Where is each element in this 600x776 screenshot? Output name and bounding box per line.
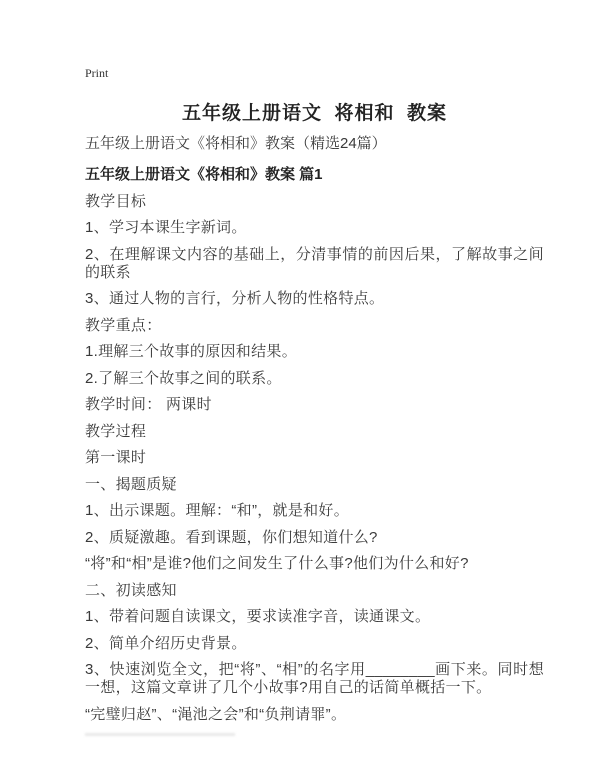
paragraph: 1.理解三个故事的原因和结果。 [85, 343, 544, 361]
document-page: Print 五年级上册语文 将相和 教案 五年级上册语文《将相和》教案（精选24… [0, 0, 600, 776]
paragraph-teaching-time: 教学时间： 两课时 [85, 396, 544, 414]
paragraph: 2.了解三个故事之间的联系。 [85, 370, 544, 388]
paragraph: “完璧归赵”、“渑池之会”和“负荆请罪”。 [85, 706, 544, 724]
paragraph-section-two: 二、初读感知 [85, 582, 544, 600]
paragraph-section-one: 一、揭题质疑 [85, 476, 544, 494]
section-heading: 五年级上册语文《将相和》教案 篇1 [85, 166, 544, 184]
paragraph: 1、学习本课生字新词。 [85, 219, 544, 237]
paragraph-first-lesson: 第一课时 [85, 449, 544, 467]
paragraph-teaching-focus: 教学重点： [85, 317, 544, 335]
paragraph: 1、出示课题。理解：“和”，就是和好。 [85, 502, 544, 520]
cutoff-text-artifact [85, 733, 235, 736]
paragraph: 2、质疑激趣。看到课题，你们想知道什么? [85, 529, 544, 547]
paragraph-teaching-goals: 教学目标 [85, 193, 544, 211]
paragraph: 3、通过人物的言行，分析人物的性格特点。 [85, 290, 544, 308]
paragraph: 3、快速浏览全文，把“将”、“相”的名字用________画下来。同时想一想，这… [85, 661, 544, 697]
paragraph: 2、在理解课文内容的基础上，分清事情的前因后果，了解故事之间的联系 [85, 246, 544, 282]
print-button[interactable]: Print [85, 66, 108, 80]
paragraph: 2、简单介绍历史背景。 [85, 635, 544, 653]
paragraph-teaching-process: 教学过程 [85, 423, 544, 441]
document-title: 五年级上册语文 将相和 教案 [85, 102, 544, 126]
paragraph: “将”和“相”是谁?他们之间发生了什么事?他们为什么和好? [85, 555, 544, 573]
paragraph: 1、带着问题自读课文，要求读准字音，读通课文。 [85, 608, 544, 626]
document-subtitle: 五年级上册语文《将相和》教案（精选24篇） [85, 135, 544, 153]
